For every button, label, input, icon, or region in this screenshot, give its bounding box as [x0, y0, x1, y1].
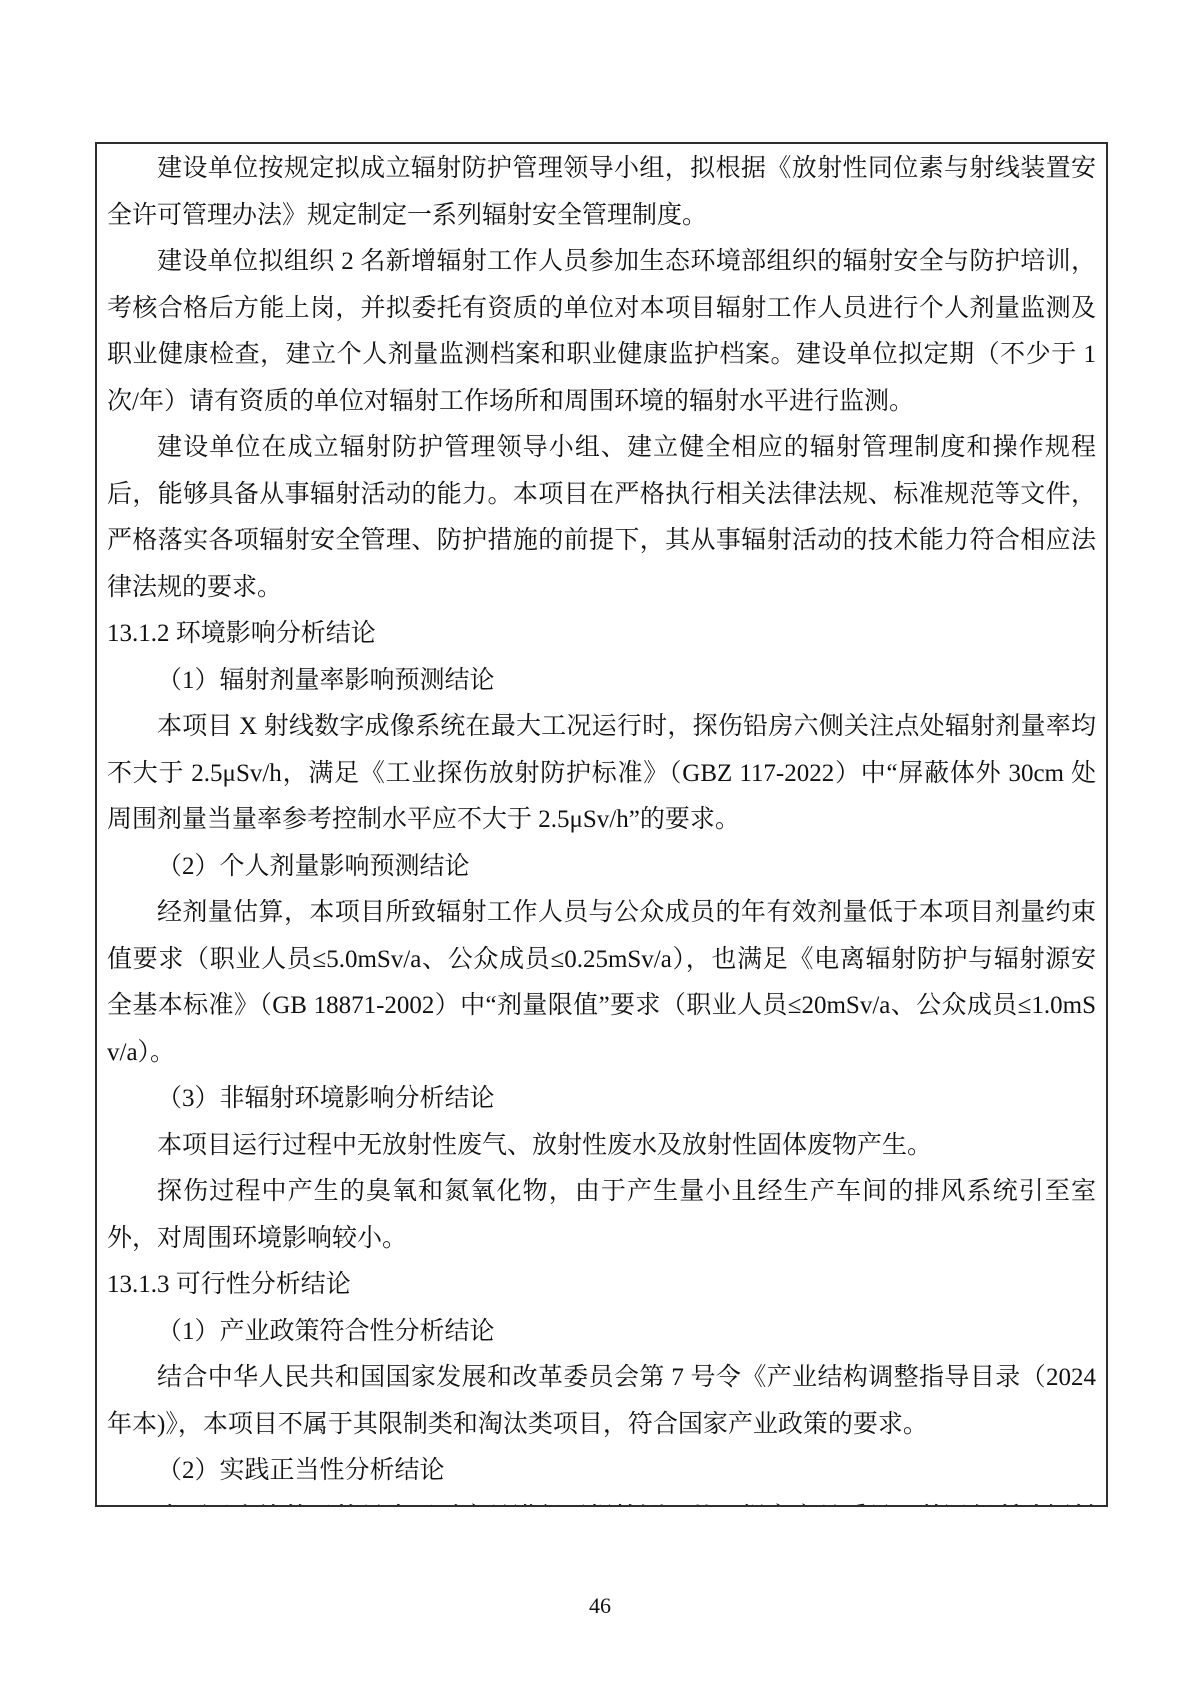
paragraph-training-and-monitoring: 建设单位拟组织 2 名新增辐射工作人员参加生态环境部组织的辐射安全与防护培训，考…: [107, 239, 1096, 425]
paragraph-ozone-nox: 探伤过程中产生的臭氧和氮氧化物，由于产生量小且经生产车间的排风系统引至室外，对周…: [107, 1169, 1096, 1262]
paragraph-no-radioactive-waste: 本项目运行过程中无放射性废气、放射性废水及放射性固体废物产生。: [107, 1123, 1096, 1170]
paragraph-industrial-policy-result: 结合中华人民共和国国家发展和改革委员会第 7 号令《产业结构调整指导目录（202…: [107, 1355, 1096, 1448]
section-heading-13-1-3: 13.1.3 可行性分析结论: [107, 1262, 1096, 1309]
document-page: 建设单位按规定拟成立辐射防护管理领导小组，拟根据《放射性同位素与射线装置安全许可…: [0, 0, 1200, 1697]
page-number: 46: [0, 1592, 1200, 1620]
sub-heading-non-radiation-analysis: （3）非辐射环境影响分析结论: [107, 1076, 1096, 1123]
sub-heading-practice-justification: （2）实践正当性分析结论: [107, 1448, 1096, 1495]
paragraph-practice-justification: 本项目实施的目的是为了对产品进行无损检测，从而提高产品质量，其运行所致辐射工作人…: [107, 1495, 1096, 1508]
paragraph-capability-conclusion: 建设单位在成立辐射防护管理领导小组、建立健全相应的辐射管理制度和操作规程后，能够…: [107, 425, 1096, 611]
sub-heading-industrial-policy: （1）产业政策符合性分析结论: [107, 1309, 1096, 1356]
section-heading-13-1-2: 13.1.2 环境影响分析结论: [107, 611, 1096, 658]
paragraph-radiation-management-group: 建设单位按规定拟成立辐射防护管理领导小组，拟根据《放射性同位素与射线装置安全许可…: [107, 146, 1096, 239]
sub-heading-dose-rate-prediction: （1）辐射剂量率影响预测结论: [107, 658, 1096, 705]
paragraph-personal-dose-result: 经剂量估算，本项目所致辐射工作人员与公众成员的年有效剂量低于本项目剂量约束值要求…: [107, 890, 1096, 1076]
content-border-box: 建设单位按规定拟成立辐射防护管理领导小组，拟根据《放射性同位素与射线装置安全许可…: [95, 142, 1108, 1507]
paragraph-dose-rate-result: 本项目 X 射线数字成像系统在最大工况运行时，探伤铅房六侧关注点处辐射剂量率均不…: [107, 704, 1096, 844]
sub-heading-personal-dose-prediction: （2）个人剂量影响预测结论: [107, 844, 1096, 891]
